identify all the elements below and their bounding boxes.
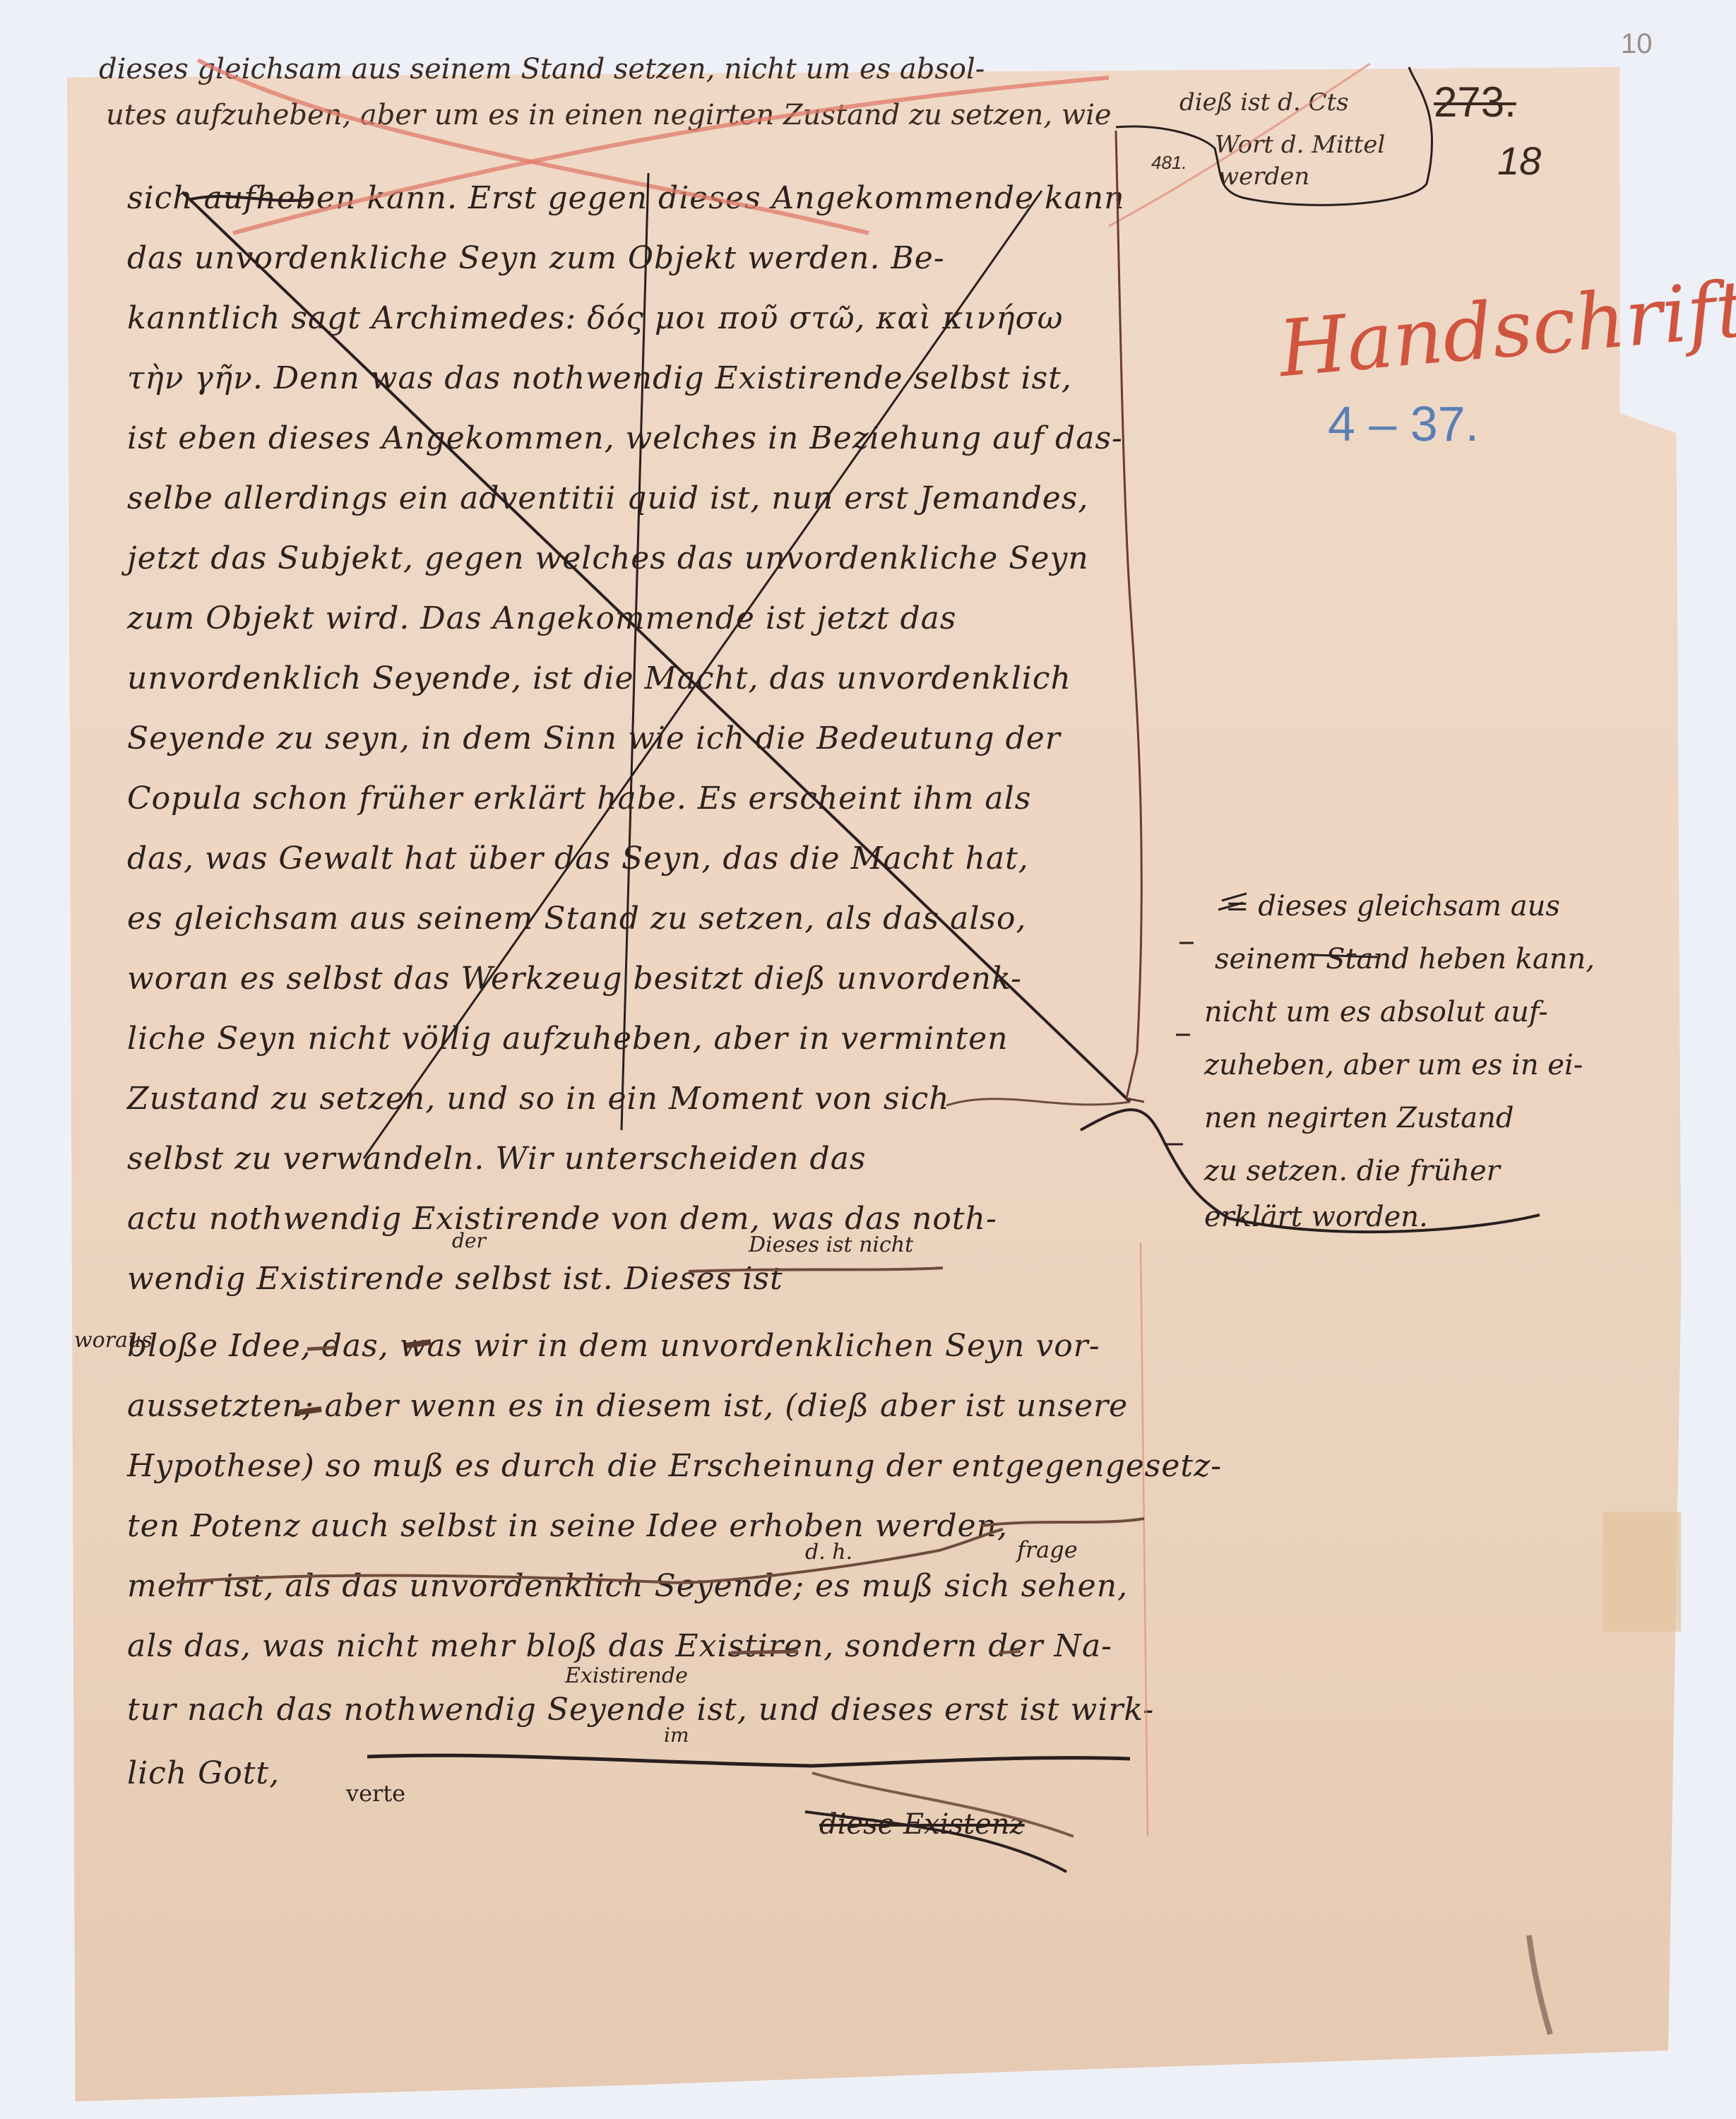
body-line: das unvordenkliche Seyn zum Objekt werde…	[127, 240, 945, 276]
body-line: unvordenklich Seyende, ist die Macht, da…	[127, 660, 1071, 696]
interlinear-addition: d. h.	[805, 1540, 852, 1565]
body-line: ten Potenz auch selbst in seine Idee erh…	[127, 1508, 1008, 1544]
interlinear-addition: frage	[1017, 1536, 1078, 1563]
page-number: 10	[1621, 28, 1653, 60]
verte-note: verte	[346, 1780, 405, 1807]
body-line: liche Seyn nicht völlig aufzuheben, aber…	[127, 1021, 1009, 1057]
body-line: es gleichsam aus seinem Stand zu setzen,…	[127, 901, 1026, 937]
blue-pencil-label: 4 – 37.	[1328, 396, 1479, 452]
right-insertion-line: nicht um es absolut auf-	[1204, 996, 1548, 1028]
interlinear-addition: Dieses ist nicht	[749, 1233, 913, 1257]
body-line: sich aufheben kann. Erst gegen dieses An…	[127, 180, 1125, 216]
box-note-3: werden	[1218, 162, 1309, 191]
right-insertion-line: erklärt worden.	[1204, 1201, 1428, 1233]
body-line: ist eben dieses Angekommen, welches in B…	[127, 420, 1123, 456]
body-line: mehr ist, als das unvordenklich Seyende;…	[127, 1568, 1128, 1604]
right-insertion-line: zu setzen. die früher	[1204, 1155, 1500, 1187]
body-line: Copula schon früher erklärt habe. Es ers…	[127, 780, 1031, 817]
body-line: woran es selbst das Werkzeug besitzt die…	[127, 961, 1022, 997]
right-insertion-line: = dieses gleichsam aus	[1225, 890, 1560, 922]
body-line: kanntlich sagt Archimedes: δός μοι ποῦ σ…	[127, 300, 1063, 336]
interlinear-addition: der	[452, 1229, 486, 1252]
body-line: lich Gott,	[127, 1755, 280, 1791]
paper-stain	[1603, 1512, 1681, 1632]
box-note-2: Wort d. Mittel	[1215, 131, 1385, 159]
left-margin-note: woraus	[74, 1328, 153, 1353]
body-line: Seyende zu seyn, in dem Sinn wie ich die…	[127, 720, 1061, 756]
body-line: actu nothwendig Existirende von dem, was…	[127, 1201, 997, 1237]
body-line: Zustand zu setzen, und so in ein Moment …	[127, 1081, 950, 1117]
body-line: bloße Idee, das, was wir in dem unvorden…	[127, 1328, 1100, 1364]
body-line: selbe allerdings ein adventitii quid ist…	[127, 480, 1088, 516]
interlinear-addition: im	[664, 1723, 689, 1747]
right-insertion-line: nen negirten Zustand	[1204, 1102, 1514, 1134]
body-line: wendig Existirende selbst ist. Dieses is…	[127, 1261, 783, 1297]
sheet-number: 18	[1497, 138, 1541, 184]
body-line: zum Objekt wird. Das Angekommende ist je…	[127, 600, 956, 636]
body-line: tur nach das nothwendig Seyende ist, und…	[127, 1692, 1154, 1728]
body-line: selbst zu verwandeln. Wir unterscheiden …	[127, 1141, 867, 1177]
right-insertion-line: seinem Stand heben kann,	[1215, 943, 1595, 975]
top-note-line-1: dieses gleichsam aus seinem Stand setzen…	[99, 53, 985, 85]
body-line: das, was Gewalt hat über das Seyn, das d…	[127, 841, 1029, 877]
box-note-1: dieß ist d. Cts	[1179, 88, 1349, 117]
struck-final-words: diese Existenz	[819, 1808, 1025, 1841]
body-line: aussetzten; aber wenn es in diesem ist, …	[127, 1388, 1128, 1424]
top-note-line-2: utes aufzuheben, aber um es in einen neg…	[106, 99, 1112, 131]
body-line: als das, was nicht mehr bloß das Existir…	[127, 1628, 1112, 1664]
body-line: τὴν γῆν. Denn was das nothwendig Existir…	[127, 360, 1072, 396]
right-insertion-line: zuheben, aber um es in ei-	[1204, 1049, 1583, 1081]
body-line: Hypothese) so muß es durch die Erscheinu…	[127, 1448, 1222, 1484]
body-line: jetzt das Subjekt, gegen welches das unv…	[127, 540, 1089, 576]
interlinear-addition: Existirende	[565, 1663, 688, 1688]
old-folio-number: 273.	[1434, 78, 1516, 126]
reference-number: 481.	[1151, 152, 1187, 174]
